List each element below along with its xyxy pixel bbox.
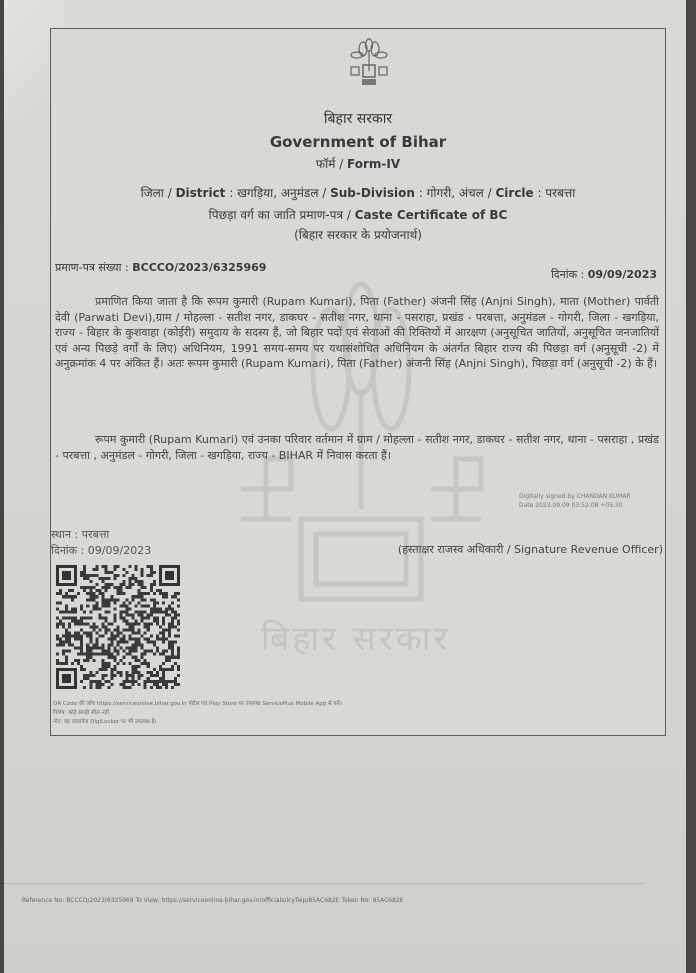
subdivision-val: : गोगरी, अंचल / bbox=[415, 186, 496, 200]
gov-title-english: Government of Bihar bbox=[51, 133, 665, 151]
paragraph1-text: प्रमाणित किया जाता है कि रूपम कुमारी (Ru… bbox=[55, 295, 659, 370]
form-hindi: फॉर्म bbox=[316, 157, 336, 171]
digital-signature: Digitally signed by CHANDAN KUMAR Date 2… bbox=[519, 492, 631, 510]
certification-paragraph: प्रमाणित किया जाता है कि रूपम कुमारी (Ru… bbox=[55, 294, 659, 372]
qr-code bbox=[55, 565, 181, 689]
purpose-line: (बिहार सरकार के प्रयोजनार्थ) bbox=[51, 226, 665, 243]
footer-divider bbox=[4, 883, 644, 884]
certificate-frame: बिहार सरकार Government of Bihar फॉर्म / … bbox=[50, 28, 666, 736]
subdivision-en: Sub-Division bbox=[330, 186, 415, 200]
form-title: फॉर्म / Form-IV bbox=[51, 155, 665, 172]
district-hi: जिला / bbox=[141, 186, 176, 200]
footer-reference: Reference No: BCCCO/2023/6325969 To View… bbox=[22, 897, 404, 904]
watermark-text: बिहार सरकार bbox=[261, 614, 451, 660]
gov-title-hindi: बिहार सरकार bbox=[51, 109, 665, 128]
issue-date: दिनांक : 09/09/2023 bbox=[51, 543, 151, 558]
certificate-number-value: BCCCO/2023/6325969 bbox=[132, 261, 266, 274]
qr-note: QR Code की जाँच https://serviceonline.bi… bbox=[53, 700, 342, 727]
circle-val: : परबत्ता bbox=[534, 186, 576, 200]
certificate-date-label: दिनांक : bbox=[551, 268, 588, 281]
caste-hi: पिछड़ा वर्ग का जाति प्रमाण-पत्र / bbox=[209, 208, 355, 222]
district-en: District bbox=[176, 186, 226, 200]
caste-title: पिछड़ा वर्ग का जाति प्रमाण-पत्र / Caste … bbox=[51, 206, 665, 223]
district-line: जिला / District : खगड़िया, अनुमंडल / Sub… bbox=[51, 184, 665, 201]
certificate-date: दिनांक : 09/09/2023 bbox=[551, 267, 657, 282]
digital-sign-date: Date 2023.09.09 03:52:08 +05:30 bbox=[519, 501, 631, 510]
signature-officer: (हस्ताक्षर राजस्व अधिकारी / Signature Re… bbox=[398, 542, 663, 557]
qr-note-line1: QR Code की जाँच https://serviceonline.bi… bbox=[53, 700, 342, 709]
caste-en: Caste Certificate of BC bbox=[355, 208, 508, 222]
paragraph2-text: रूपम कुमारी (Rupam Kumari) एवं उनका परिव… bbox=[55, 433, 659, 462]
certificate-number: प्रमाण-पत्र संख्या : BCCCO/2023/6325969 bbox=[55, 260, 266, 275]
form-english: Form-IV bbox=[347, 157, 400, 171]
residence-paragraph: रूपम कुमारी (Rupam Kumari) एवं उनका परिव… bbox=[55, 432, 659, 463]
qr-note-line3: नोट: यह दस्तावेज DigiLocker पर भी उपलब्ध… bbox=[53, 718, 342, 727]
certificate-date-value: 09/09/2023 bbox=[588, 268, 657, 281]
place: स्थान : परबत्ता bbox=[51, 527, 109, 542]
bihar-emblem-icon bbox=[343, 37, 395, 89]
digital-signer: Digitally signed by CHANDAN KUMAR bbox=[519, 492, 631, 501]
district-val: : खगड़िया, अनुमंडल / bbox=[225, 186, 330, 200]
certificate-paper: बिहार सरकार Government of Bihar फॉर्म / … bbox=[4, 0, 686, 973]
form-sep: / bbox=[335, 157, 347, 171]
circle-en: Circle bbox=[495, 186, 533, 200]
certificate-number-label: प्रमाण-पत्र संख्या : bbox=[55, 261, 132, 274]
qr-note-line2: विशेष: कोई स्याही सील नहीं bbox=[53, 709, 342, 718]
